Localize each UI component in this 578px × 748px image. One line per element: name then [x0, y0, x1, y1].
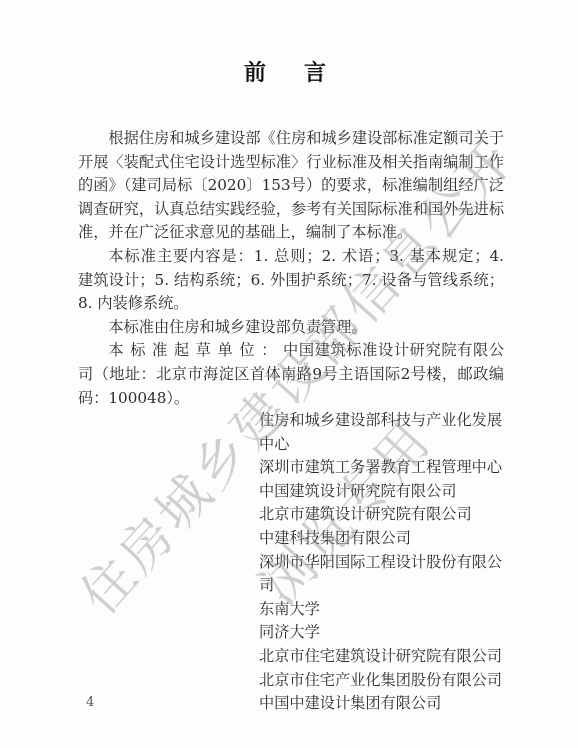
title-char-2: 言 [304, 60, 364, 86]
unit-item: 北京市住宅建筑设计研究院有限公司 [259, 645, 509, 669]
unit-item: 中国建筑设计研究院有限公司 [259, 480, 509, 504]
document-page: 前言 根据住房和城乡建设部《住房和城乡建设部标准定额司关于开展〈装配式住宅设计选… [0, 0, 578, 748]
unit-item: 深圳市华阳国际工程设计股份有限公司 [259, 551, 509, 598]
unit-item: 中建科技集团有限公司 [259, 527, 509, 551]
unit-item: 北京市住宅产业化集团股份有限公司 [259, 669, 509, 693]
drafter-label: 本标准起草单位： [108, 341, 283, 359]
page-number: 4 [86, 695, 94, 710]
unit-item: 中国中建设计集团有限公司 [259, 692, 509, 716]
page-title: 前言 [0, 56, 578, 87]
paragraph-main-content: 本标准主要内容是：1. 总则；2. 术语；3. 基本规定；4. 建筑设计；5. … [78, 245, 504, 316]
unit-item: 北京市建筑设计研究院有限公司 [259, 503, 509, 527]
paragraph-basis: 根据住房和城乡建设部《住房和城乡建设部标准定额司关于开展〈装配式住宅设计选型标准… [78, 127, 504, 245]
paragraph-drafter: 本标准起草单位：中国建筑标准设计研究院有限公司（地址：北京市海淀区首体南路9号主… [78, 339, 504, 410]
preface-body: 根据住房和城乡建设部《住房和城乡建设部标准定额司关于开展〈装配式住宅设计选型标准… [78, 127, 504, 410]
paragraph-management: 本标准由住房和城乡建设部负责管理。 [78, 316, 504, 340]
unit-item: 东南大学 [259, 598, 509, 622]
unit-item: 住房和城乡建设部科技与产业化发展中心 [259, 409, 509, 456]
participating-units-list: 住房和城乡建设部科技与产业化发展中心 深圳市建筑工务署教育工程管理中心 中国建筑… [259, 409, 509, 716]
unit-item: 深圳市建筑工务署教育工程管理中心 [259, 456, 509, 480]
unit-item: 同济大学 [259, 621, 509, 645]
title-char-1: 前 [244, 60, 304, 86]
